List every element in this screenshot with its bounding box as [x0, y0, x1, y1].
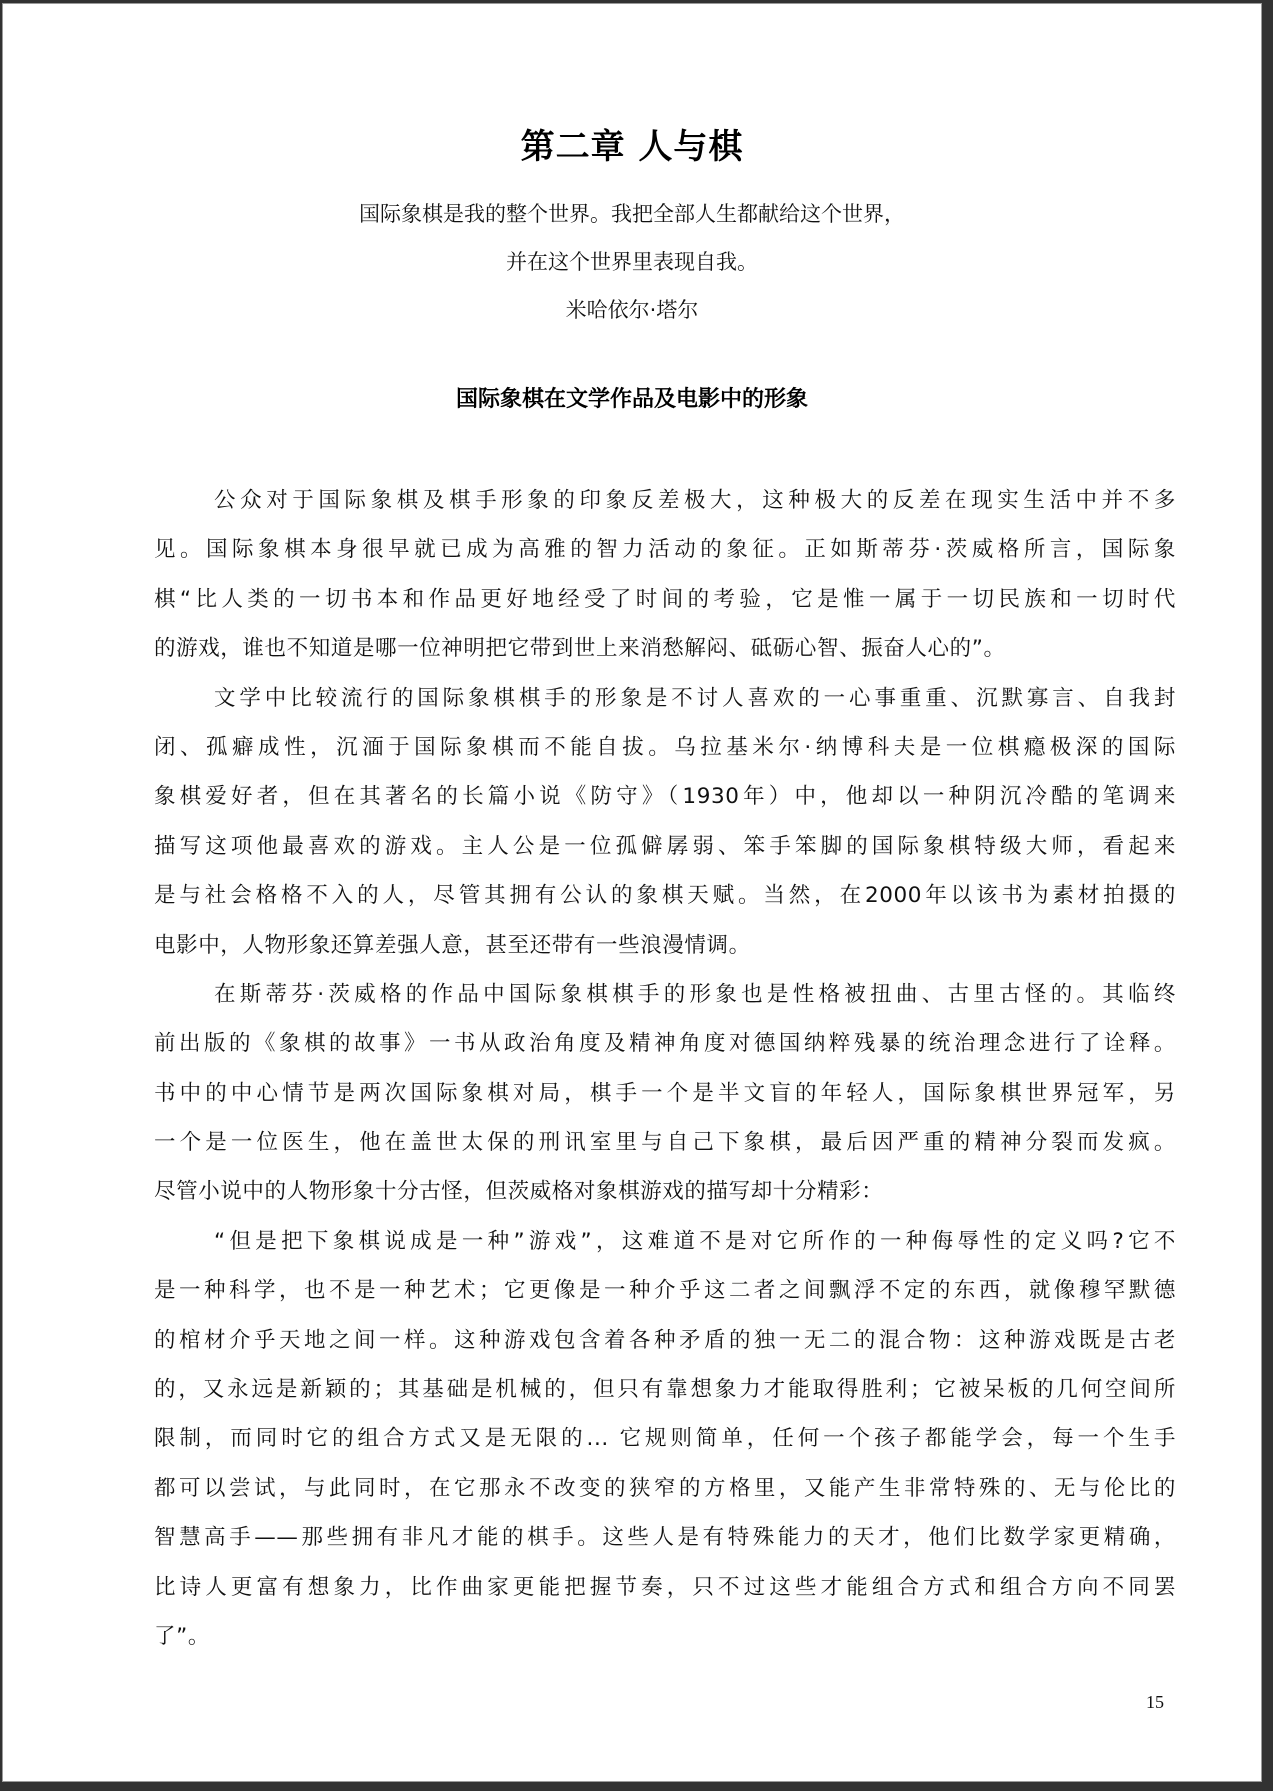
paragraph: 公众对于国际象棋及棋手形象的印象反差极大，这种极大的反差在现实生活中并不多 见。…	[154, 476, 1176, 674]
text-line: 前出版的《象棋的故事》一书从政治角度及精神角度对德国纳粹残暴的统治理念进行了诠释…	[154, 1019, 1176, 1068]
text-line: 书中的中心情节是两次国际象棋对局，棋手一个是半文盲的年轻人，国际象棋世界冠军，另	[154, 1069, 1176, 1118]
text-line: 一个是一位医生，他在盖世太保的刑讯室里与自己下象棋，最后因严重的精神分裂而发疯。	[154, 1118, 1176, 1167]
paragraph: 在斯蒂芬·茨威格的作品中国际象棋棋手的形象也是性格被扭曲、古里古怪的。其临终 前…	[154, 970, 1176, 1217]
body-text: 公众对于国际象棋及棋手形象的印象反差极大，这种极大的反差在现实生活中并不多 见。…	[154, 476, 1176, 1661]
text-line: 文学中比较流行的国际象棋棋手的形象是不讨人喜欢的一心事重重、沉默寡言、自我封	[154, 674, 1176, 723]
text-line: 棋“比人类的一切书本和作品更好地经受了时间的考验，它是惟一属于一切民族和一切时代	[154, 575, 1176, 624]
section-title: 国际象棋在文学作品及电影中的形象	[3, 384, 1261, 416]
chapter-title: 第二章 人与棋	[3, 125, 1261, 169]
epigraph-attribution: 米哈依尔·塔尔	[3, 286, 1261, 334]
page-number: 15	[1146, 1692, 1164, 1713]
text-line: 象棋爱好者，但在其著名的长篇小说《防守》（1930年）中，他却以一种阴沉冷酷的笔…	[154, 772, 1176, 821]
epigraph-line: 国际象棋是我的整个世界。我把全部人生都献给这个世界，	[3, 190, 1261, 238]
epigraph-line: 并在这个世界里表现自我。	[3, 238, 1261, 286]
paragraph: 文学中比较流行的国际象棋棋手的形象是不讨人喜欢的一心事重重、沉默寡言、自我封 闭…	[154, 674, 1176, 970]
text-line: 见。国际象棋本身很早就已成为高雅的智力活动的象征。正如斯蒂芬·茨威格所言，国际象	[154, 525, 1176, 574]
text-line: 都可以尝试，与此同时，在它那永不改变的狭窄的方格里，又能产生非常特殊的、无与伦比…	[154, 1464, 1176, 1513]
text-line: 智慧高手——那些拥有非凡才能的棋手。这些人是有特殊能力的天才，他们比数学家更精确…	[154, 1513, 1176, 1562]
text-line: 的，又永远是新颖的；其基础是机械的，但只有靠想象力才能取得胜利；它被呆板的几何空…	[154, 1365, 1176, 1414]
quote-paragraph: “但是把下象棋说成是一种”游戏”，这难道不是对它所作的一种侮辱性的定义吗?它不 …	[154, 1217, 1176, 1662]
text-line: 是与社会格格不入的人，尽管其拥有公认的象棋天赋。当然，在2000年以该书为素材拍…	[154, 871, 1176, 920]
text-line: 比诗人更富有想象力，比作曲家更能把握节奏，只不过这些才能组合方式和组合方向不同罢	[154, 1563, 1176, 1612]
epigraph: 国际象棋是我的整个世界。我把全部人生都献给这个世界， 并在这个世界里表现自我。 …	[3, 190, 1261, 334]
text-line: 了”。	[154, 1612, 1176, 1661]
text-line: “但是把下象棋说成是一种”游戏”，这难道不是对它所作的一种侮辱性的定义吗?它不	[154, 1217, 1176, 1266]
text-line: 是一种科学，也不是一种艺术；它更像是一种介乎这二者之间飘浮不定的东西，就像穆罕默…	[154, 1266, 1176, 1315]
document-page: 第二章 人与棋 国际象棋是我的整个世界。我把全部人生都献给这个世界， 并在这个世…	[2, 3, 1262, 1782]
text-line: 的棺材介乎天地之间一样。这种游戏包含着各种矛盾的独一无二的混合物：这种游戏既是古…	[154, 1316, 1176, 1365]
text-line: 的游戏，谁也不知道是哪一位神明把它带到世上来消愁解闷、砥砺心智、振奋人心的”。	[154, 624, 1176, 673]
text-line: 电影中，人物形象还算差强人意，甚至还带有一些浪漫情调。	[154, 921, 1176, 970]
text-line: 描写这项他最喜欢的游戏。主人公是一位孤僻孱弱、笨手笨脚的国际象棋特级大师，看起来	[154, 822, 1176, 871]
text-line: 限制，而同时它的组合方式又是无限的... 它规则简单，任何一个孩子都能学会，每一…	[154, 1414, 1176, 1463]
text-line: 公众对于国际象棋及棋手形象的印象反差极大，这种极大的反差在现实生活中并不多	[154, 476, 1176, 525]
text-line: 尽管小说中的人物形象十分古怪，但茨威格对象棋游戏的描写却十分精彩：	[154, 1167, 1176, 1216]
text-line: 闭、孤癖成性，沉湎于国际象棋而不能自拔。乌拉基米尔·纳博科夫是一位棋瘾极深的国际	[154, 723, 1176, 772]
text-line: 在斯蒂芬·茨威格的作品中国际象棋棋手的形象也是性格被扭曲、古里古怪的。其临终	[154, 970, 1176, 1019]
